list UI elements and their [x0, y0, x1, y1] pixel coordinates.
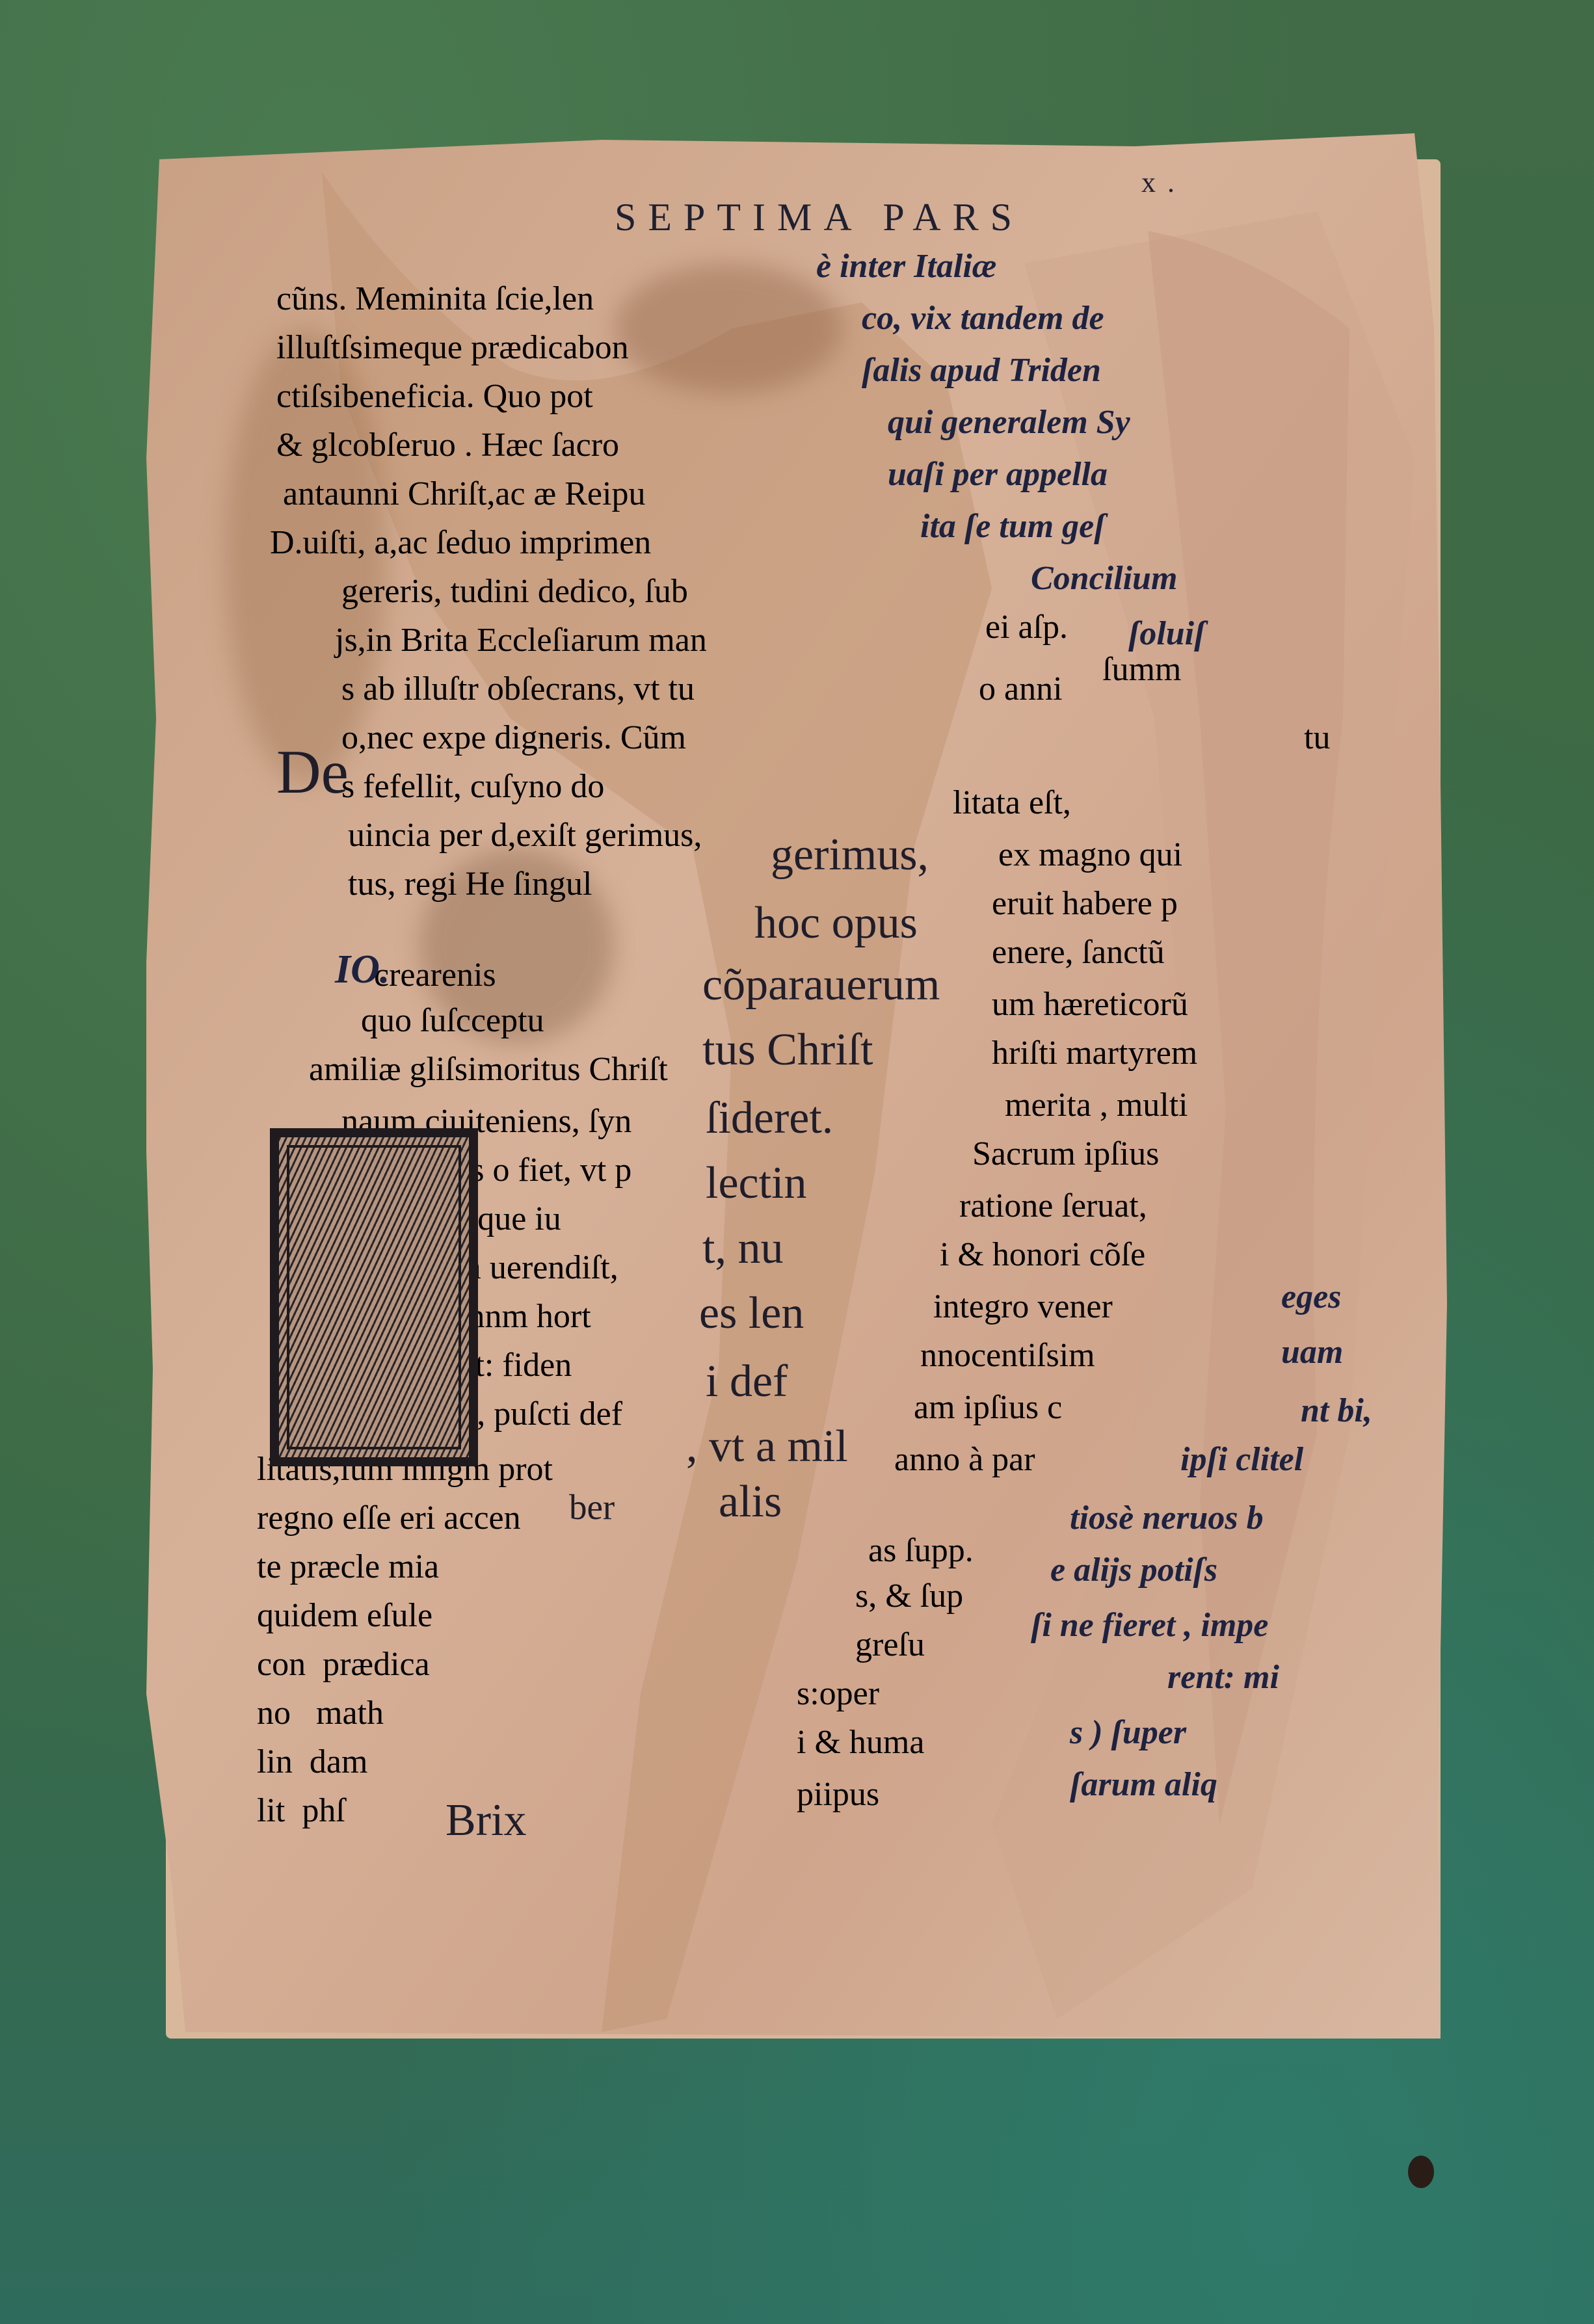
text-line: ex magno qui — [998, 836, 1182, 874]
text-line: no math — [257, 1694, 384, 1732]
text-line: e alijs potiſs — [1050, 1551, 1217, 1589]
text-line: hoc opus — [754, 901, 918, 946]
text-line: piipus — [797, 1775, 879, 1814]
text-line: uincia per d,exiſt gerimus, — [348, 816, 702, 854]
text-line: i def — [706, 1359, 788, 1405]
text-line: cõparauerum — [702, 962, 940, 1008]
text-line: hriſti martyrem — [992, 1034, 1197, 1072]
running-head: SEPTIMA PARS — [615, 195, 1024, 240]
text-line: rent: mi — [1167, 1658, 1279, 1697]
text-line: ratione ſeruat, — [959, 1187, 1147, 1225]
text-line: illuſtſsimeque prædicabon — [276, 328, 629, 367]
text-line: Sacrum ipſius — [972, 1135, 1159, 1173]
text-line: antaunni Chriſt,ac æ Reipu — [283, 475, 645, 513]
text-line: greſu — [855, 1626, 925, 1664]
text-line: litata eſt, — [953, 784, 1071, 822]
text-line: è inter Italiæ — [816, 247, 996, 285]
text-line: uaſi per appella — [888, 455, 1108, 494]
text-line: i & huma — [797, 1723, 924, 1762]
text-line: as ſupp. — [868, 1531, 974, 1570]
text-line: D.uiſti, a,ac ſeduo imprimen — [270, 523, 651, 562]
text-line: es len — [699, 1291, 804, 1336]
ink-spot — [1408, 2156, 1434, 2188]
text-line: , vt a mil — [686, 1424, 848, 1470]
text-line: cũns. Meminita ſcie,len — [276, 280, 594, 318]
page-number-fragment: x. — [1141, 166, 1186, 199]
text-line: gerimus, — [771, 832, 929, 878]
text-line: amiliæ gliſsimoritus Chriſt — [309, 1050, 668, 1089]
text-line: gereris, tudini dedico, ſub — [341, 572, 688, 611]
text-line: lit phſ — [257, 1791, 345, 1830]
text-line: con prædica — [257, 1645, 430, 1684]
text-line: ita ſe tum geſ — [920, 507, 1106, 546]
text-line: lectin — [706, 1161, 806, 1206]
text-line: tus Chriſt — [702, 1027, 873, 1073]
text-line: t, nu — [702, 1226, 783, 1271]
text-line: ſi ne fieret , impe — [1031, 1606, 1268, 1644]
text-line: o,nec expe digneris. Cũm — [341, 719, 686, 757]
text-line: tu — [1304, 719, 1330, 757]
text-line: eges — [1281, 1278, 1341, 1316]
marginal-number: IO. — [335, 949, 390, 990]
text-line: tiosè neruos b — [1070, 1499, 1264, 1537]
text-line: & glcobſeruo . Hæc ſacro — [276, 426, 619, 464]
drop-capital: De — [276, 741, 349, 803]
text-line: regno eſſe eri accen — [257, 1499, 521, 1537]
text-line: s ab illuſtr obſecrans, vt tu — [341, 670, 695, 708]
text-line: enere, ſanctũ — [992, 933, 1165, 971]
text-line: te præcle mia — [257, 1548, 439, 1586]
text-line: crearenis — [374, 956, 496, 994]
text-line: ſumm — [1102, 650, 1181, 689]
text-line: uam — [1281, 1333, 1343, 1371]
text-line: ei aſp. — [985, 608, 1068, 646]
text-line: alis — [719, 1479, 782, 1525]
text-line: merita , multi — [1005, 1086, 1188, 1124]
text-line: integro vener — [933, 1287, 1113, 1326]
text-line: i & honori cõſe — [940, 1235, 1145, 1274]
text-line: co, vix tandem de — [862, 299, 1104, 337]
text-line: anno à par — [894, 1440, 1035, 1479]
text-line: s fefellit, cuſyno do — [341, 767, 604, 806]
text-line: ſoluiſ — [1128, 614, 1205, 653]
text-line: eruit habere p — [992, 884, 1178, 923]
text-line: Concilium — [1031, 559, 1177, 598]
text-line: um hæreticorũ — [992, 985, 1188, 1023]
text-line: ſideret. — [706, 1096, 833, 1141]
text-line: ſarum aliq — [1070, 1765, 1217, 1804]
text-line: ſalis apud Triden — [862, 351, 1101, 390]
woodcut-border — [287, 1145, 461, 1449]
text-line: js,in Brita Eccleſiarum man — [335, 621, 707, 659]
text-line: nnocentiſsim — [920, 1336, 1095, 1375]
text-line: am ipſius c — [914, 1388, 1062, 1427]
damaged-book: SEPTIMA PARS x. cũns. Meminita ſcie,len … — [146, 133, 1450, 2039]
imprint-place: Brix — [445, 1798, 526, 1843]
text-line: s:oper — [797, 1674, 879, 1713]
text-line: quidem eſule — [257, 1596, 432, 1635]
woodcut-initial-letter — [270, 1128, 478, 1466]
text-line: lin dam — [257, 1743, 367, 1781]
text-line: quo ſuſcceptu — [361, 1001, 544, 1040]
text-line: ipſi clitel — [1180, 1440, 1303, 1479]
text-line: qui generalem Sy — [888, 403, 1130, 442]
text-line: nt bi, — [1301, 1392, 1372, 1430]
text-line: tus, regi He ſingul — [348, 865, 592, 903]
text-line: s ) ſuper — [1070, 1713, 1186, 1752]
text-line: ber — [569, 1489, 615, 1525]
text-line: o anni — [979, 670, 1063, 708]
text-line: s, & ſup — [855, 1577, 963, 1615]
water-stain — [615, 263, 842, 393]
text-line: ctiſsibeneficia. Quo pot — [276, 377, 593, 416]
